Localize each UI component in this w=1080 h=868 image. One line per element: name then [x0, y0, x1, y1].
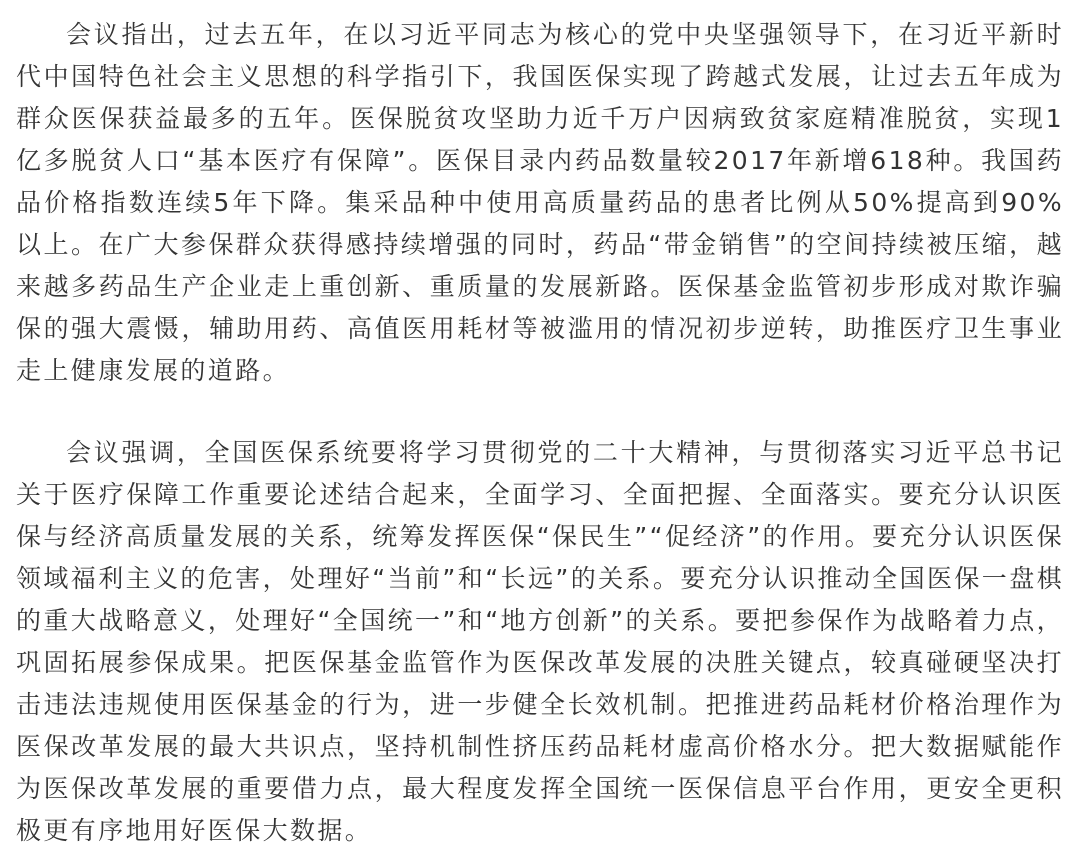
- paragraph-achievements: 会议指出，过去五年，在以习近平同志为核心的党中央坚强领导下，在习近平新时代中国特…: [16, 14, 1064, 392]
- paragraph-requirements: 会议强调，全国医保系统要将学习贯彻党的二十大精神，与贯彻落实习近平总书记关于医疗…: [16, 432, 1064, 852]
- article-body: 会议指出，过去五年，在以习近平同志为核心的党中央坚强领导下，在习近平新时代中国特…: [16, 14, 1064, 852]
